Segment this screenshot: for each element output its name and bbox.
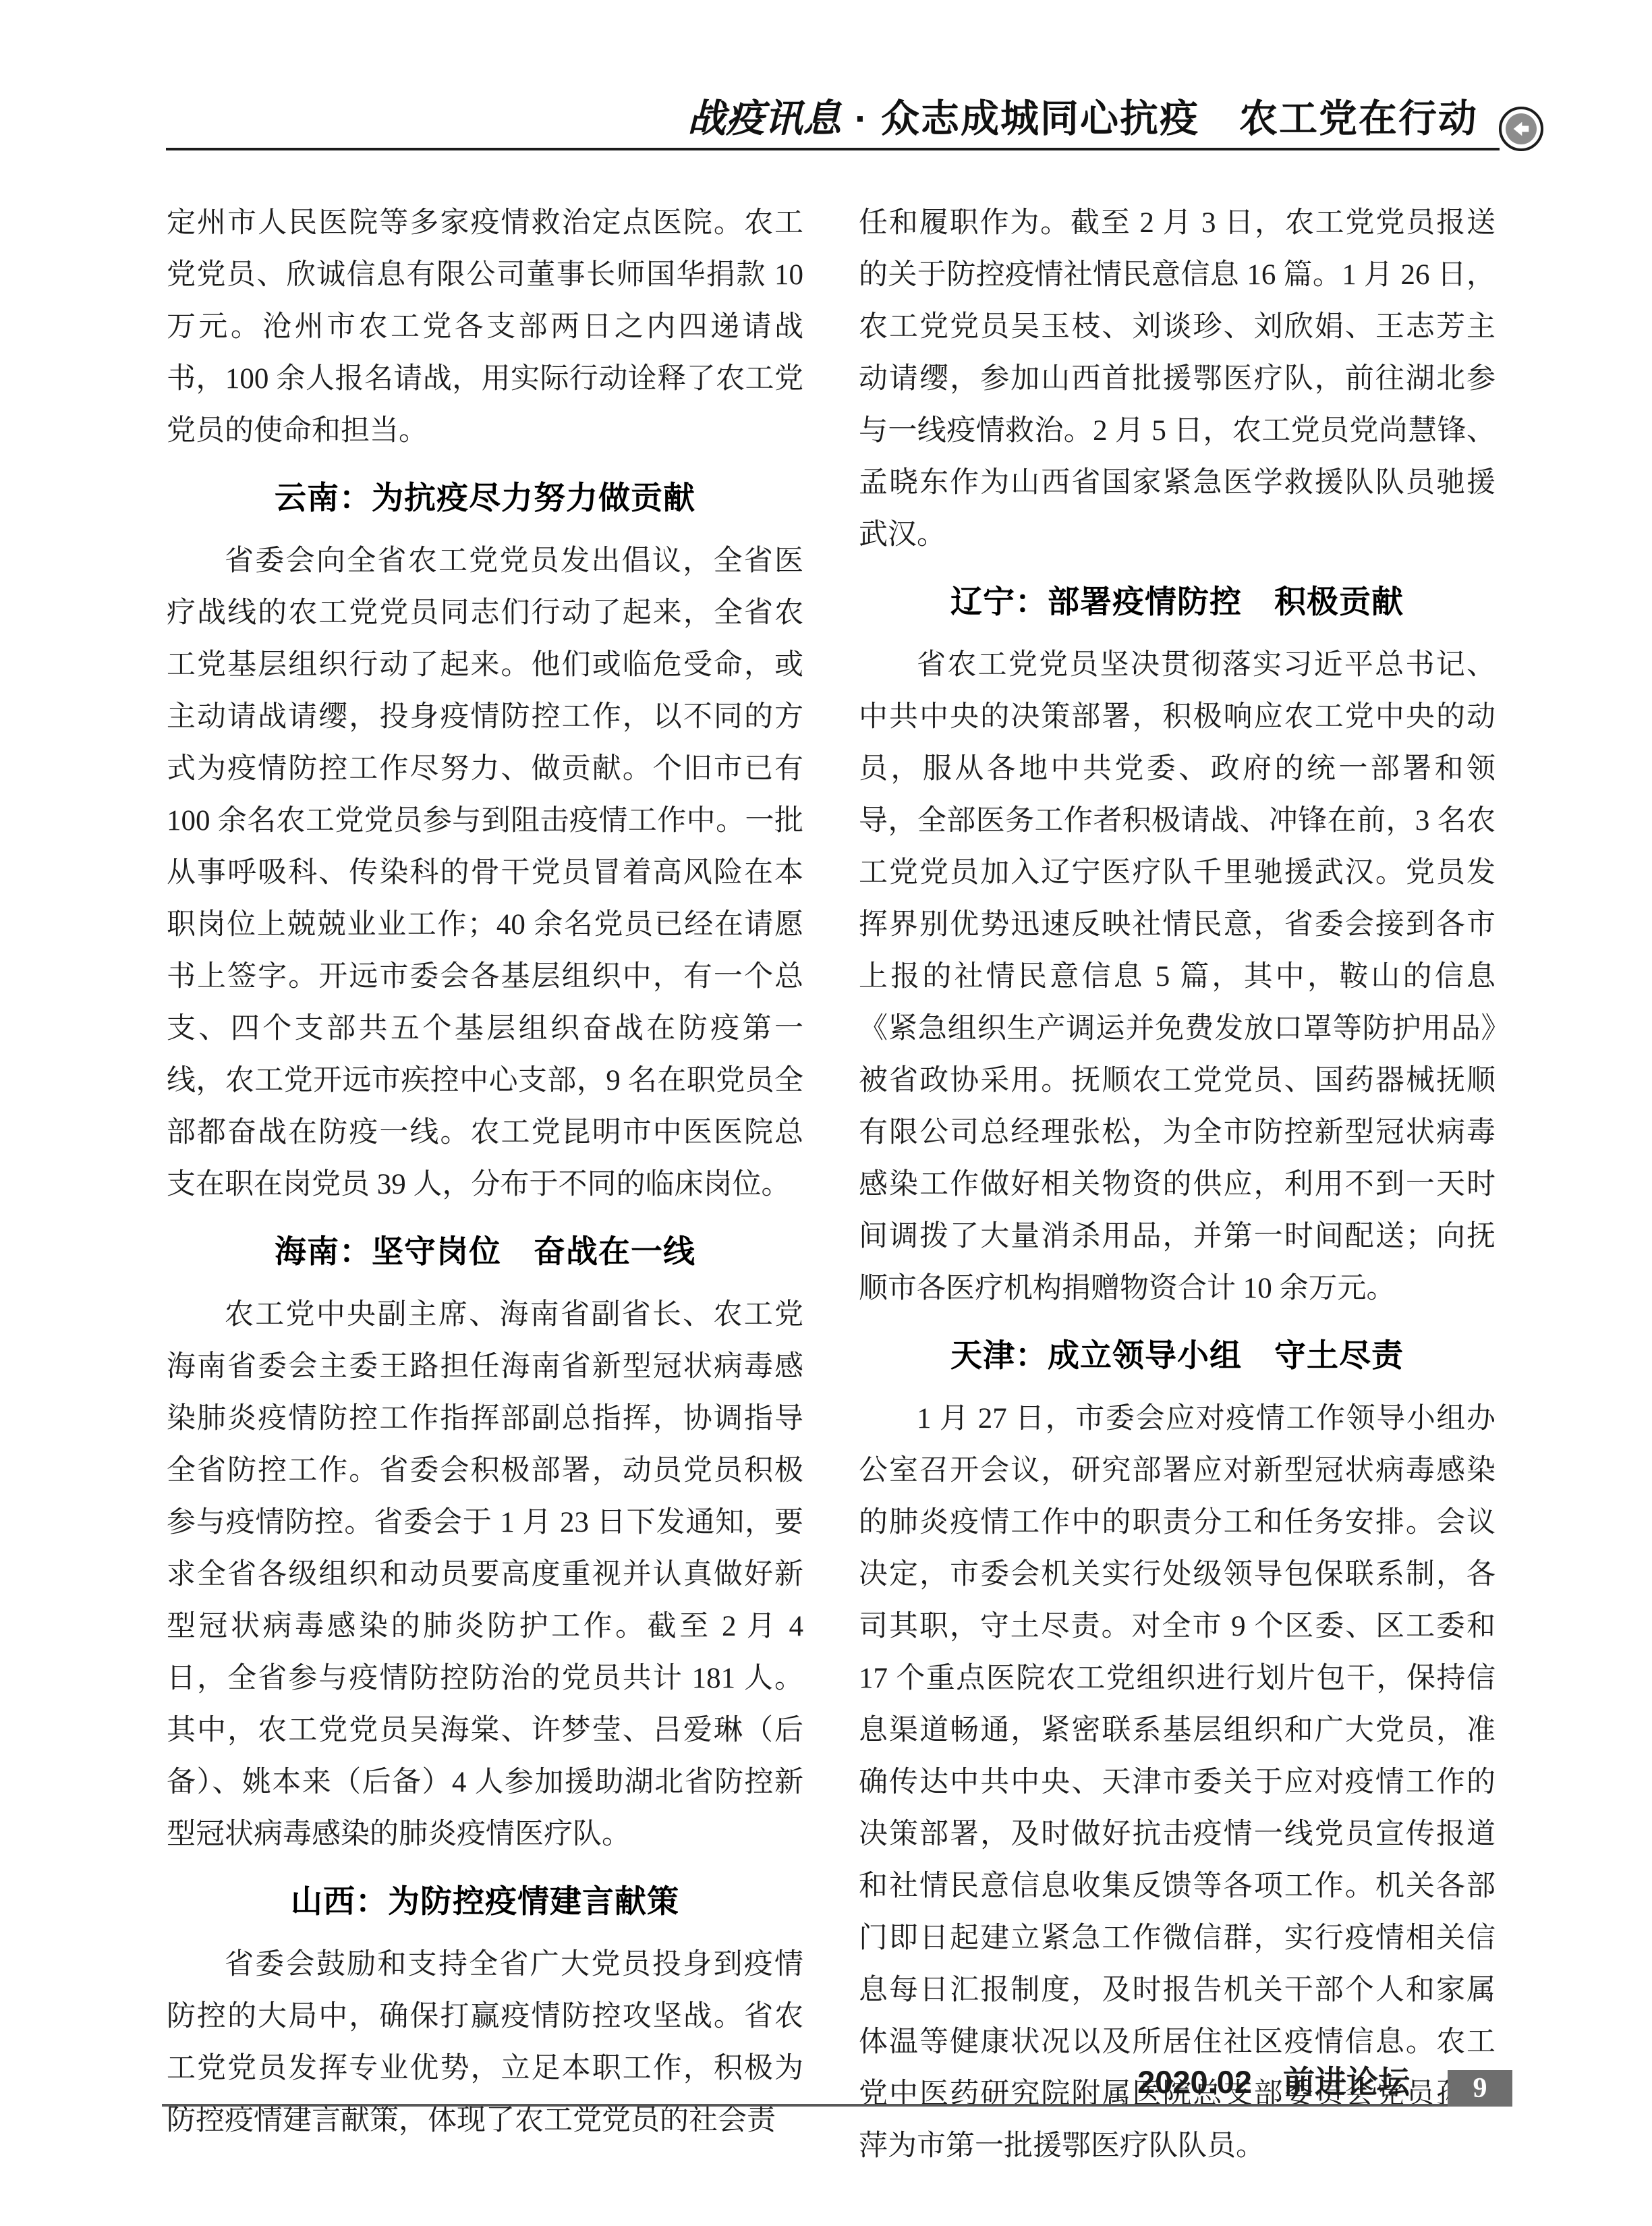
section-heading: 山西：为防控疫情建言献策 <box>167 1881 803 1922</box>
paragraph: 任和履职作为。截至 2 月 3 日，农工党党员报送的关于防控疫情社情民意信息 1… <box>859 197 1496 561</box>
header-separator: · <box>855 97 867 140</box>
paragraph: 1 月 27 日，市委会应对疫情工作领导小组办公室召开会议，研究部署应对新型冠状… <box>859 1393 1496 2172</box>
right-column: 任和履职作为。截至 2 月 3 日，农工党党员报送的关于防控疫情社情民意信息 1… <box>859 197 1496 2172</box>
page-header: 战疫讯息 · 众志成城同心抗疫 农工党在行动 <box>687 97 1478 141</box>
paragraph: 省农工党党员坚决贯彻落实习近平总书记、中共中央的决策部署，积极响应农工党中央的动… <box>859 639 1496 1314</box>
page-number-badge: 9 <box>1448 2070 1512 2107</box>
header-script-title: 战疫讯息 <box>687 98 841 141</box>
left-column: 定州市人民医院等多家疫情救治定点医院。农工党党员、欣诚信息有限公司董事长师国华捐… <box>167 197 803 2146</box>
footer-issue: 2020.02 <box>1137 2063 1252 2101</box>
paragraph: 农工党中央副主席、海南省副省长、农工党海南省委会主委王路担任海南省新型冠状病毒感… <box>167 1289 803 1860</box>
footer-journal: 前进论坛 <box>1283 2063 1410 2101</box>
back-arrow-icon <box>1506 113 1537 144</box>
section-heading: 海南：坚守岗位 奋战在一线 <box>167 1231 803 1273</box>
footer-rule <box>162 2104 1448 2107</box>
paragraph: 定州市人民医院等多家疫情救治定点医院。农工党党员、欣诚信息有限公司董事长师国华捐… <box>167 197 803 457</box>
magazine-page: 战疫讯息 · 众志成城同心抗疫 农工党在行动 定州市人民医院等多家疫情救治定点医… <box>0 0 1652 2226</box>
header-rule <box>166 148 1500 150</box>
section-heading: 云南：为抗疫尽力努力做贡献 <box>167 477 803 519</box>
circle-back-arrow-icon <box>1499 107 1543 151</box>
header-main-title: 众志成城同心抗疫 农工党在行动 <box>881 97 1478 140</box>
footer: 2020.02 前进论坛 <box>1137 2063 1410 2101</box>
section-heading: 天津：成立领导小组 守土尽责 <box>859 1335 1496 1376</box>
paragraph: 省委会向全省农工党党员发出倡议，全省医疗战线的农工党党员同志们行动了起来，全省农… <box>167 535 803 1211</box>
paragraph: 省委会鼓励和支持全省广大党员投身到疫情防控的大局中，确保打赢疫情防控攻坚战。省农… <box>167 1939 803 2146</box>
section-heading: 辽宁：部署疫情防控 积极贡献 <box>859 581 1496 623</box>
